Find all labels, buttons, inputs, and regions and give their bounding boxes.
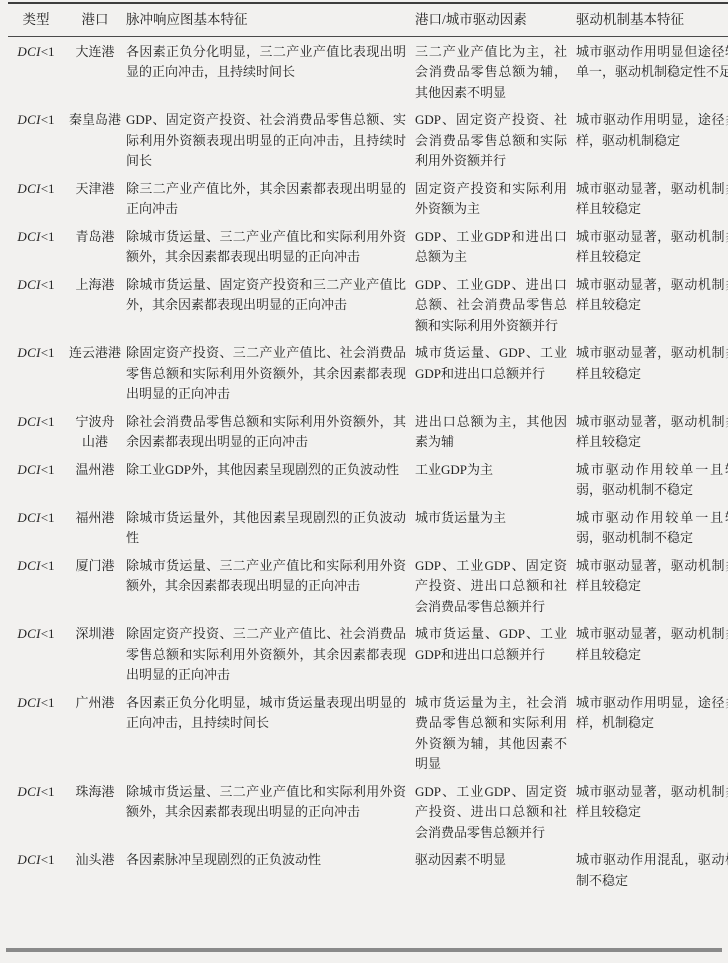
dci-symbol: DCI xyxy=(17,510,40,525)
table-row: DCI<1大连港各因素正负分化明显，三二产业产值比表现出明显的正向冲击，且持续时… xyxy=(8,36,728,110)
dci-symbol: DCI xyxy=(17,784,40,799)
cell-type: DCI<1 xyxy=(8,227,64,275)
dci-symbol: DCI xyxy=(17,414,40,429)
cell-type: DCI<1 xyxy=(8,693,64,782)
cell-drivers: 驱动因素不明显 xyxy=(415,850,576,898)
cell-impulse: 各因素正负分化明显，城市货运量表现出明显的正向冲击，且持续时间长 xyxy=(126,693,415,782)
table-row: DCI<1上海港除城市货运量、固定资产投资和三二产业产值比外，其余因素都表现出明… xyxy=(8,275,728,344)
dci-symbol: DCI xyxy=(17,852,40,867)
dci-condition: <1 xyxy=(41,626,55,641)
cell-mechanism: 城市驱动显著，驱动机制多样且较稳定 xyxy=(576,782,728,851)
cell-drivers: 城市货运量为主，社会消费品零售总额和实际利用外资额为辅，其他因素不明显 xyxy=(415,693,576,782)
dci-symbol: DCI xyxy=(17,44,40,59)
cell-drivers: GDP、工业GDP、固定资产投资、进出口总额和社会消费品零售总额并行 xyxy=(415,556,576,625)
dci-symbol: DCI xyxy=(17,229,40,244)
cell-drivers: GDP、工业GDP、进出口总额、社会消费品零售总额和实际利用外资额并行 xyxy=(415,275,576,344)
cell-port: 福州港 xyxy=(64,508,126,556)
cell-type: DCI<1 xyxy=(8,460,64,508)
cell-type: DCI<1 xyxy=(8,782,64,851)
cell-mechanism: 城市驱动作用混乱，驱动机制不稳定 xyxy=(576,850,728,898)
paper-page: 类型 港口 脉冲响应图基本特征 港口/城市驱动因素 驱动机制基本特征 DCI<1… xyxy=(0,0,728,963)
dci-symbol: DCI xyxy=(17,181,40,196)
cell-drivers: GDP、固定资产投资、社会消费品零售总额和实际利用外资额并行 xyxy=(415,110,576,179)
dci-condition: <1 xyxy=(41,462,55,477)
dci-condition: <1 xyxy=(41,784,55,799)
cell-impulse: 除城市货运量、固定资产投资和三二产业产值比外，其余因素都表现出明显的正向冲击 xyxy=(126,275,415,344)
cell-port: 宁波舟 山港 xyxy=(64,412,126,460)
cell-impulse: 各因素正负分化明显，三二产业产值比表现出明显的正向冲击，且持续时间长 xyxy=(126,36,415,110)
cell-drivers: 城市货运量、GDP、工业GDP和进出口总额并行 xyxy=(415,624,576,693)
dci-symbol: DCI xyxy=(17,462,40,477)
cell-mechanism: 城市驱动显著，驱动机制多样且较稳定 xyxy=(576,179,728,227)
header-row: 类型 港口 脉冲响应图基本特征 港口/城市驱动因素 驱动机制基本特征 xyxy=(8,3,728,36)
cell-type: DCI<1 xyxy=(8,556,64,625)
cell-port: 天津港 xyxy=(64,179,126,227)
dci-condition: <1 xyxy=(41,44,55,59)
cell-mechanism: 城市驱动显著，驱动机制多样且较稳定 xyxy=(576,412,728,460)
cell-type: DCI<1 xyxy=(8,624,64,693)
table-row: DCI<1青岛港除城市货运量、三二产业产值比和实际利用外资额外，其余因素都表现出… xyxy=(8,227,728,275)
cell-mechanism: 城市驱动显著，驱动机制多样且较稳定 xyxy=(576,275,728,344)
table-row: DCI<1天津港除三二产业产值比外，其余因素都表现出明显的正向冲击固定资产投资和… xyxy=(8,179,728,227)
cell-port: 温州港 xyxy=(64,460,126,508)
cell-drivers: 三二产业产值比为主，社会消费品零售总额为辅，其他因素不明显 xyxy=(415,36,576,110)
port-driving-mechanism-table: 类型 港口 脉冲响应图基本特征 港口/城市驱动因素 驱动机制基本特征 DCI<1… xyxy=(8,2,728,898)
dci-symbol: DCI xyxy=(17,345,40,360)
cell-drivers: 进出口总额为主，其他因素为辅 xyxy=(415,412,576,460)
dci-symbol: DCI xyxy=(17,558,40,573)
cell-impulse: 除城市货运量、三二产业产值比和实际利用外资额外，其余因素都表现出明显的正向冲击 xyxy=(126,227,415,275)
cell-mechanism: 城市驱动作用明显，途径多样，机制稳定 xyxy=(576,693,728,782)
cell-mechanism: 城市驱动显著，驱动机制多样且较稳定 xyxy=(576,343,728,412)
cell-port: 珠海港 xyxy=(64,782,126,851)
dci-symbol: DCI xyxy=(17,277,40,292)
cell-mechanism: 城市驱动作用较单一且较弱，驱动机制不稳定 xyxy=(576,508,728,556)
table-row: DCI<1秦皇岛港GDP、固定资产投资、社会消费品零售总额、实际利用外资额表现出… xyxy=(8,110,728,179)
cell-mechanism: 城市驱动显著，驱动机制多样且较稳定 xyxy=(576,556,728,625)
cell-port: 广州港 xyxy=(64,693,126,782)
col-header-mechanism: 驱动机制基本特征 xyxy=(576,3,728,36)
cell-impulse: 各因素脉冲呈现剧烈的正负波动性 xyxy=(126,850,415,898)
cell-impulse: 除固定资产投资、三二产业产值比、社会消费品零售总额和实际利用外资额外，其余因素都… xyxy=(126,624,415,693)
cell-impulse: 除工业GDP外，其他因素呈现剧烈的正负波动性 xyxy=(126,460,415,508)
dci-condition: <1 xyxy=(41,277,55,292)
cell-type: DCI<1 xyxy=(8,850,64,898)
cell-drivers: 固定资产投资和实际利用外资额为主 xyxy=(415,179,576,227)
table-header: 类型 港口 脉冲响应图基本特征 港口/城市驱动因素 驱动机制基本特征 xyxy=(8,3,728,36)
dci-symbol: DCI xyxy=(17,626,40,641)
cell-mechanism: 城市驱动作用明显但途径较单一，驱动机制稳定性不足 xyxy=(576,36,728,110)
table-row: DCI<1深圳港除固定资产投资、三二产业产值比、社会消费品零售总额和实际利用外资… xyxy=(8,624,728,693)
cell-mechanism: 城市驱动显著，驱动机制多样且较稳定 xyxy=(576,624,728,693)
table-row: DCI<1福州港除城市货运量外，其他因素呈现剧烈的正负波动性城市货运量为主城市驱… xyxy=(8,508,728,556)
table-row: DCI<1厦门港除城市货运量、三二产业产值比和实际利用外资额外，其余因素都表现出… xyxy=(8,556,728,625)
table-row: DCI<1宁波舟 山港除社会消费品零售总额和实际利用外资额外，其余因素都表现出明… xyxy=(8,412,728,460)
dci-condition: <1 xyxy=(41,345,55,360)
cell-mechanism: 城市驱动作用较单一且较弱，驱动机制不稳定 xyxy=(576,460,728,508)
col-header-type: 类型 xyxy=(8,3,64,36)
dci-condition: <1 xyxy=(41,112,55,127)
cell-port: 厦门港 xyxy=(64,556,126,625)
table-body: DCI<1大连港各因素正负分化明显，三二产业产值比表现出明显的正向冲击，且持续时… xyxy=(8,36,728,898)
table-row: DCI<1珠海港除城市货运量、三二产业产值比和实际利用外资额外，其余因素都表现出… xyxy=(8,782,728,851)
dci-condition: <1 xyxy=(41,181,55,196)
cell-type: DCI<1 xyxy=(8,412,64,460)
cell-impulse: 除城市货运量外，其他因素呈现剧烈的正负波动性 xyxy=(126,508,415,556)
cell-port: 青岛港 xyxy=(64,227,126,275)
dci-condition: <1 xyxy=(41,414,55,429)
dci-condition: <1 xyxy=(41,229,55,244)
table-row: DCI<1广州港各因素正负分化明显，城市货运量表现出明显的正向冲击，且持续时间长… xyxy=(8,693,728,782)
table-row: DCI<1汕头港各因素脉冲呈现剧烈的正负波动性驱动因素不明显城市驱动作用混乱，驱… xyxy=(8,850,728,898)
cell-port: 深圳港 xyxy=(64,624,126,693)
cell-drivers: 城市货运量为主 xyxy=(415,508,576,556)
cell-impulse: 除固定资产投资、三二产业产值比、社会消费品零售总额和实际利用外资额外，其余因素都… xyxy=(126,343,415,412)
cell-port: 汕头港 xyxy=(64,850,126,898)
dci-condition: <1 xyxy=(41,558,55,573)
cell-port: 秦皇岛港 xyxy=(64,110,126,179)
cell-type: DCI<1 xyxy=(8,36,64,110)
dci-condition: <1 xyxy=(41,852,55,867)
dci-symbol: DCI xyxy=(17,112,40,127)
cell-port: 连云港港 xyxy=(64,343,126,412)
col-header-port: 港口 xyxy=(64,3,126,36)
col-header-impulse: 脉冲响应图基本特征 xyxy=(126,3,415,36)
cell-impulse: 除社会消费品零售总额和实际利用外资额外，其余因素都表现出明显的正向冲击 xyxy=(126,412,415,460)
cell-mechanism: 城市驱动显著，驱动机制多样且较稳定 xyxy=(576,227,728,275)
cell-impulse: 除城市货运量、三二产业产值比和实际利用外资额外，其余因素都表现出明显的正向冲击 xyxy=(126,556,415,625)
cell-type: DCI<1 xyxy=(8,110,64,179)
cell-impulse: 除三二产业产值比外，其余因素都表现出明显的正向冲击 xyxy=(126,179,415,227)
dci-symbol: DCI xyxy=(17,695,40,710)
cell-drivers: 工业GDP为主 xyxy=(415,460,576,508)
dci-condition: <1 xyxy=(41,510,55,525)
cell-type: DCI<1 xyxy=(8,508,64,556)
cell-type: DCI<1 xyxy=(8,343,64,412)
table-row: DCI<1温州港除工业GDP外，其他因素呈现剧烈的正负波动性工业GDP为主城市驱… xyxy=(8,460,728,508)
cell-type: DCI<1 xyxy=(8,179,64,227)
cell-type: DCI<1 xyxy=(8,275,64,344)
cell-drivers: GDP、工业GDP和进出口总额为主 xyxy=(415,227,576,275)
cell-port: 大连港 xyxy=(64,36,126,110)
cell-drivers: GDP、工业GDP、固定资产投资、进出口总额和社会消费品零售总额并行 xyxy=(415,782,576,851)
dci-condition: <1 xyxy=(41,695,55,710)
table-bottom-rule xyxy=(6,948,722,952)
cell-impulse: GDP、固定资产投资、社会消费品零售总额、实际利用外资额表现出明显的正向冲击，且… xyxy=(126,110,415,179)
cell-drivers: 城市货运量、GDP、工业GDP和进出口总额并行 xyxy=(415,343,576,412)
cell-mechanism: 城市驱动作用明显，途径多样，驱动机制稳定 xyxy=(576,110,728,179)
cell-impulse: 除城市货运量、三二产业产值比和实际利用外资额外，其余因素都表现出明显的正向冲击 xyxy=(126,782,415,851)
col-header-drivers: 港口/城市驱动因素 xyxy=(415,3,576,36)
table-row: DCI<1连云港港除固定资产投资、三二产业产值比、社会消费品零售总额和实际利用外… xyxy=(8,343,728,412)
cell-port: 上海港 xyxy=(64,275,126,344)
